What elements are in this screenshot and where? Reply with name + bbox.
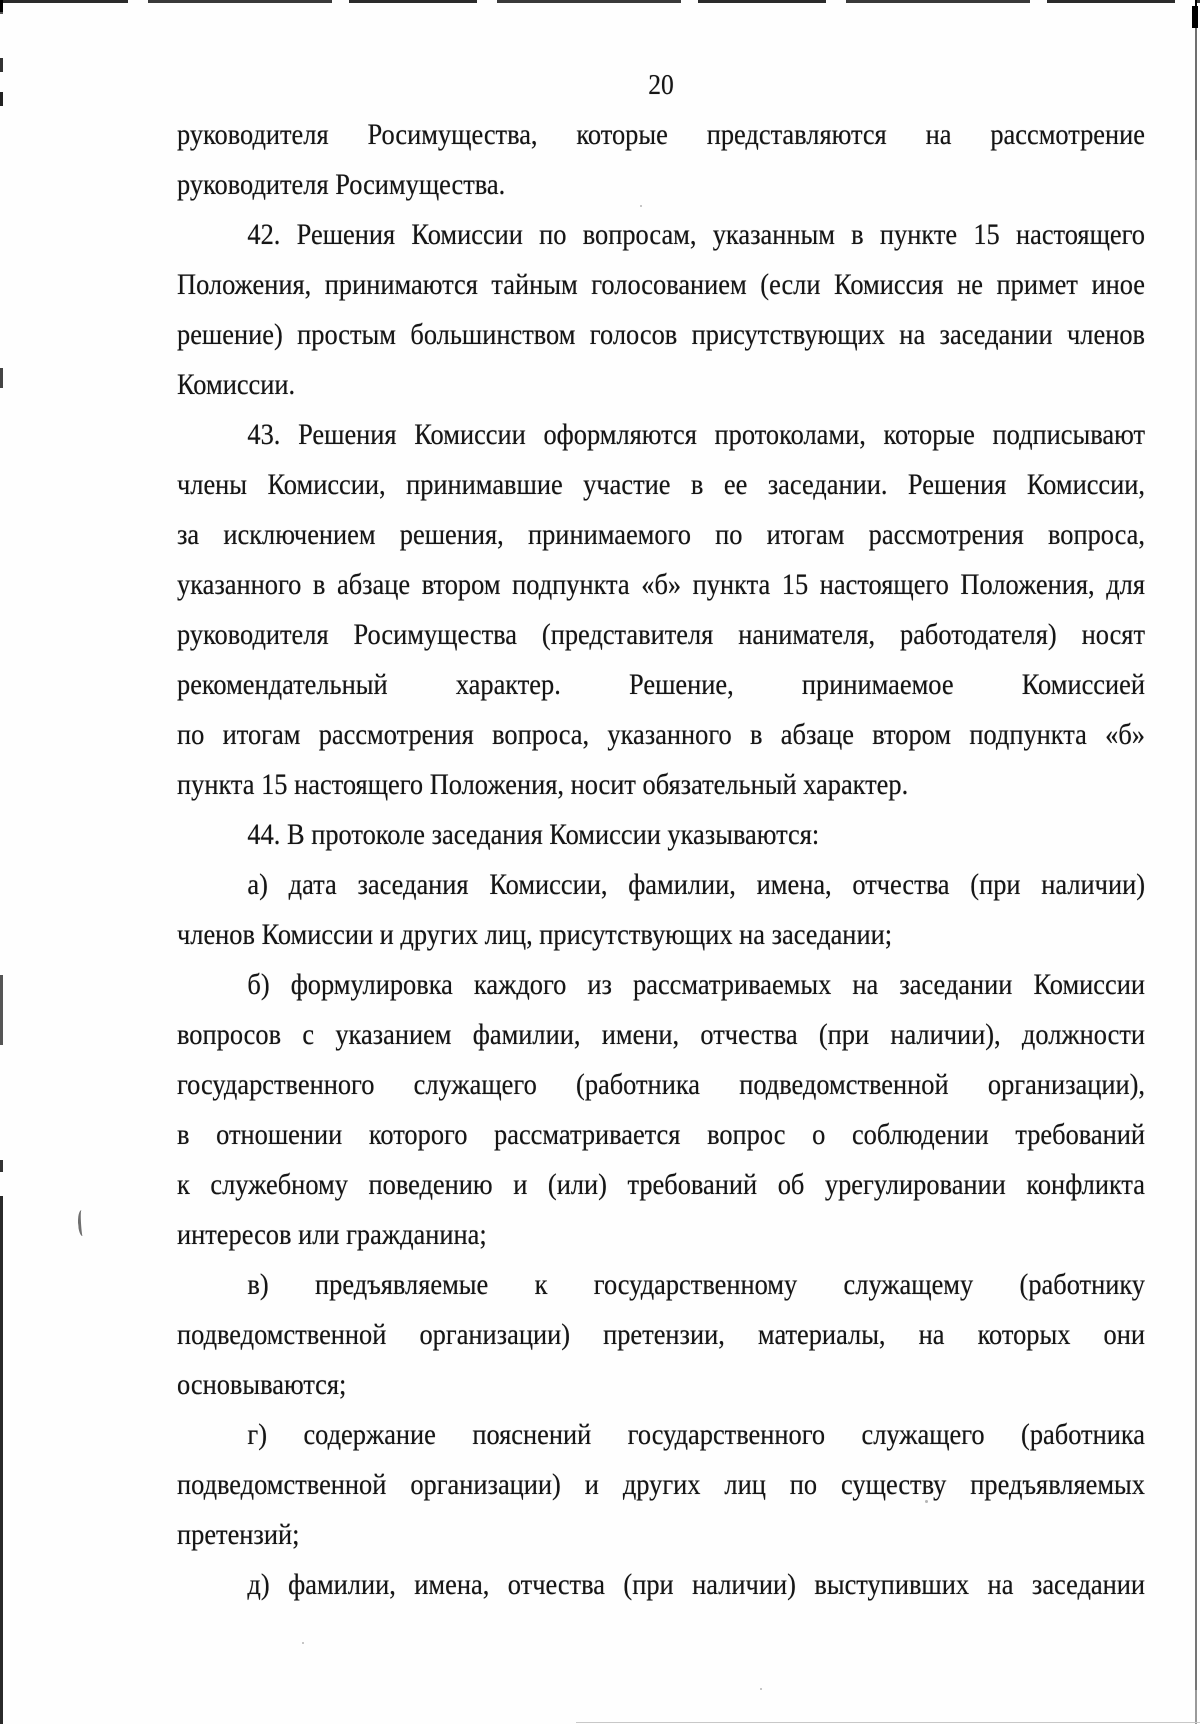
text-line: 42. Решения Комиссии по вопросам, указан… [177, 210, 1145, 260]
scan-artifact-top-edge [0, 0, 1200, 3]
text-line: в отношении которого рассматривается воп… [177, 1110, 1145, 1160]
text-line: претензий; [177, 1510, 1145, 1560]
text-line: Комиссии. [177, 360, 1145, 410]
scan-speck [760, 1688, 762, 1690]
text-line: Положения, принимаются тайным голосовани… [177, 260, 1145, 310]
text-line: по итогам рассмотрения вопроса, указанно… [177, 710, 1145, 760]
text-line: 43. Решения Комиссии оформляются протоко… [177, 410, 1145, 460]
scan-artifact-blob [1192, 6, 1198, 28]
scan-artifact-mark [77, 1210, 87, 1236]
text-line: г) содержание пояснений государственного… [177, 1410, 1145, 1460]
text-line: подведомственной организации) претензии,… [177, 1310, 1145, 1360]
text-line: подведомственной организации) и других л… [177, 1460, 1145, 1510]
text-line: к служебному поведению и (или) требовани… [177, 1160, 1145, 1210]
text-line: вопросов с указанием фамилии, имени, отч… [177, 1010, 1145, 1060]
text-line: руководителя Росимущества, которые предс… [177, 110, 1145, 160]
text-line: за исключением решения, принимаемого по … [177, 510, 1145, 560]
text-line: руководителя Росимущества. [177, 160, 1145, 210]
text-line: руководителя Росимущества (представителя… [177, 610, 1145, 660]
scanned-document-page: 20 руководителя Росимущества, которые пр… [0, 0, 1200, 1724]
text-line: решение) простым большинством голосов пр… [177, 310, 1145, 360]
page-number: 20 [177, 60, 1145, 110]
scan-artifact-bottom-edge [576, 1722, 1200, 1723]
text-line: пункта 15 настоящего Положения, носит об… [177, 760, 1145, 810]
text-line: основываются; [177, 1360, 1145, 1410]
text-line: д) фамилии, имена, отчества (при наличии… [177, 1560, 1145, 1610]
text-line: а) дата заседания Комиссии, фамилии, име… [177, 860, 1145, 910]
text-line: государственного служащего (работника по… [177, 1060, 1145, 1110]
scan-speck [302, 1642, 304, 1644]
text-line: рекомендательный характер. Решение, прин… [177, 660, 1145, 710]
text-block: 20 руководителя Росимущества, которые пр… [177, 60, 1145, 1610]
text-line: в) предъявляемые к государственному служ… [177, 1260, 1145, 1310]
scan-artifact-left-edge [0, 0, 3, 1724]
text-line: 44. В протоколе заседания Комиссии указы… [177, 810, 1145, 860]
text-line: члены Комиссии, принимавшие участие в ее… [177, 460, 1145, 510]
text-line: интересов или гражданина; [177, 1210, 1145, 1260]
scan-artifact-right-edge [1195, 0, 1197, 1724]
text-line: членов Комиссии и других лиц, присутству… [177, 910, 1145, 960]
text-line: б) формулировка каждого из рассматриваем… [177, 960, 1145, 1010]
text-line: указанного в абзаце втором подпункта «б»… [177, 560, 1145, 610]
